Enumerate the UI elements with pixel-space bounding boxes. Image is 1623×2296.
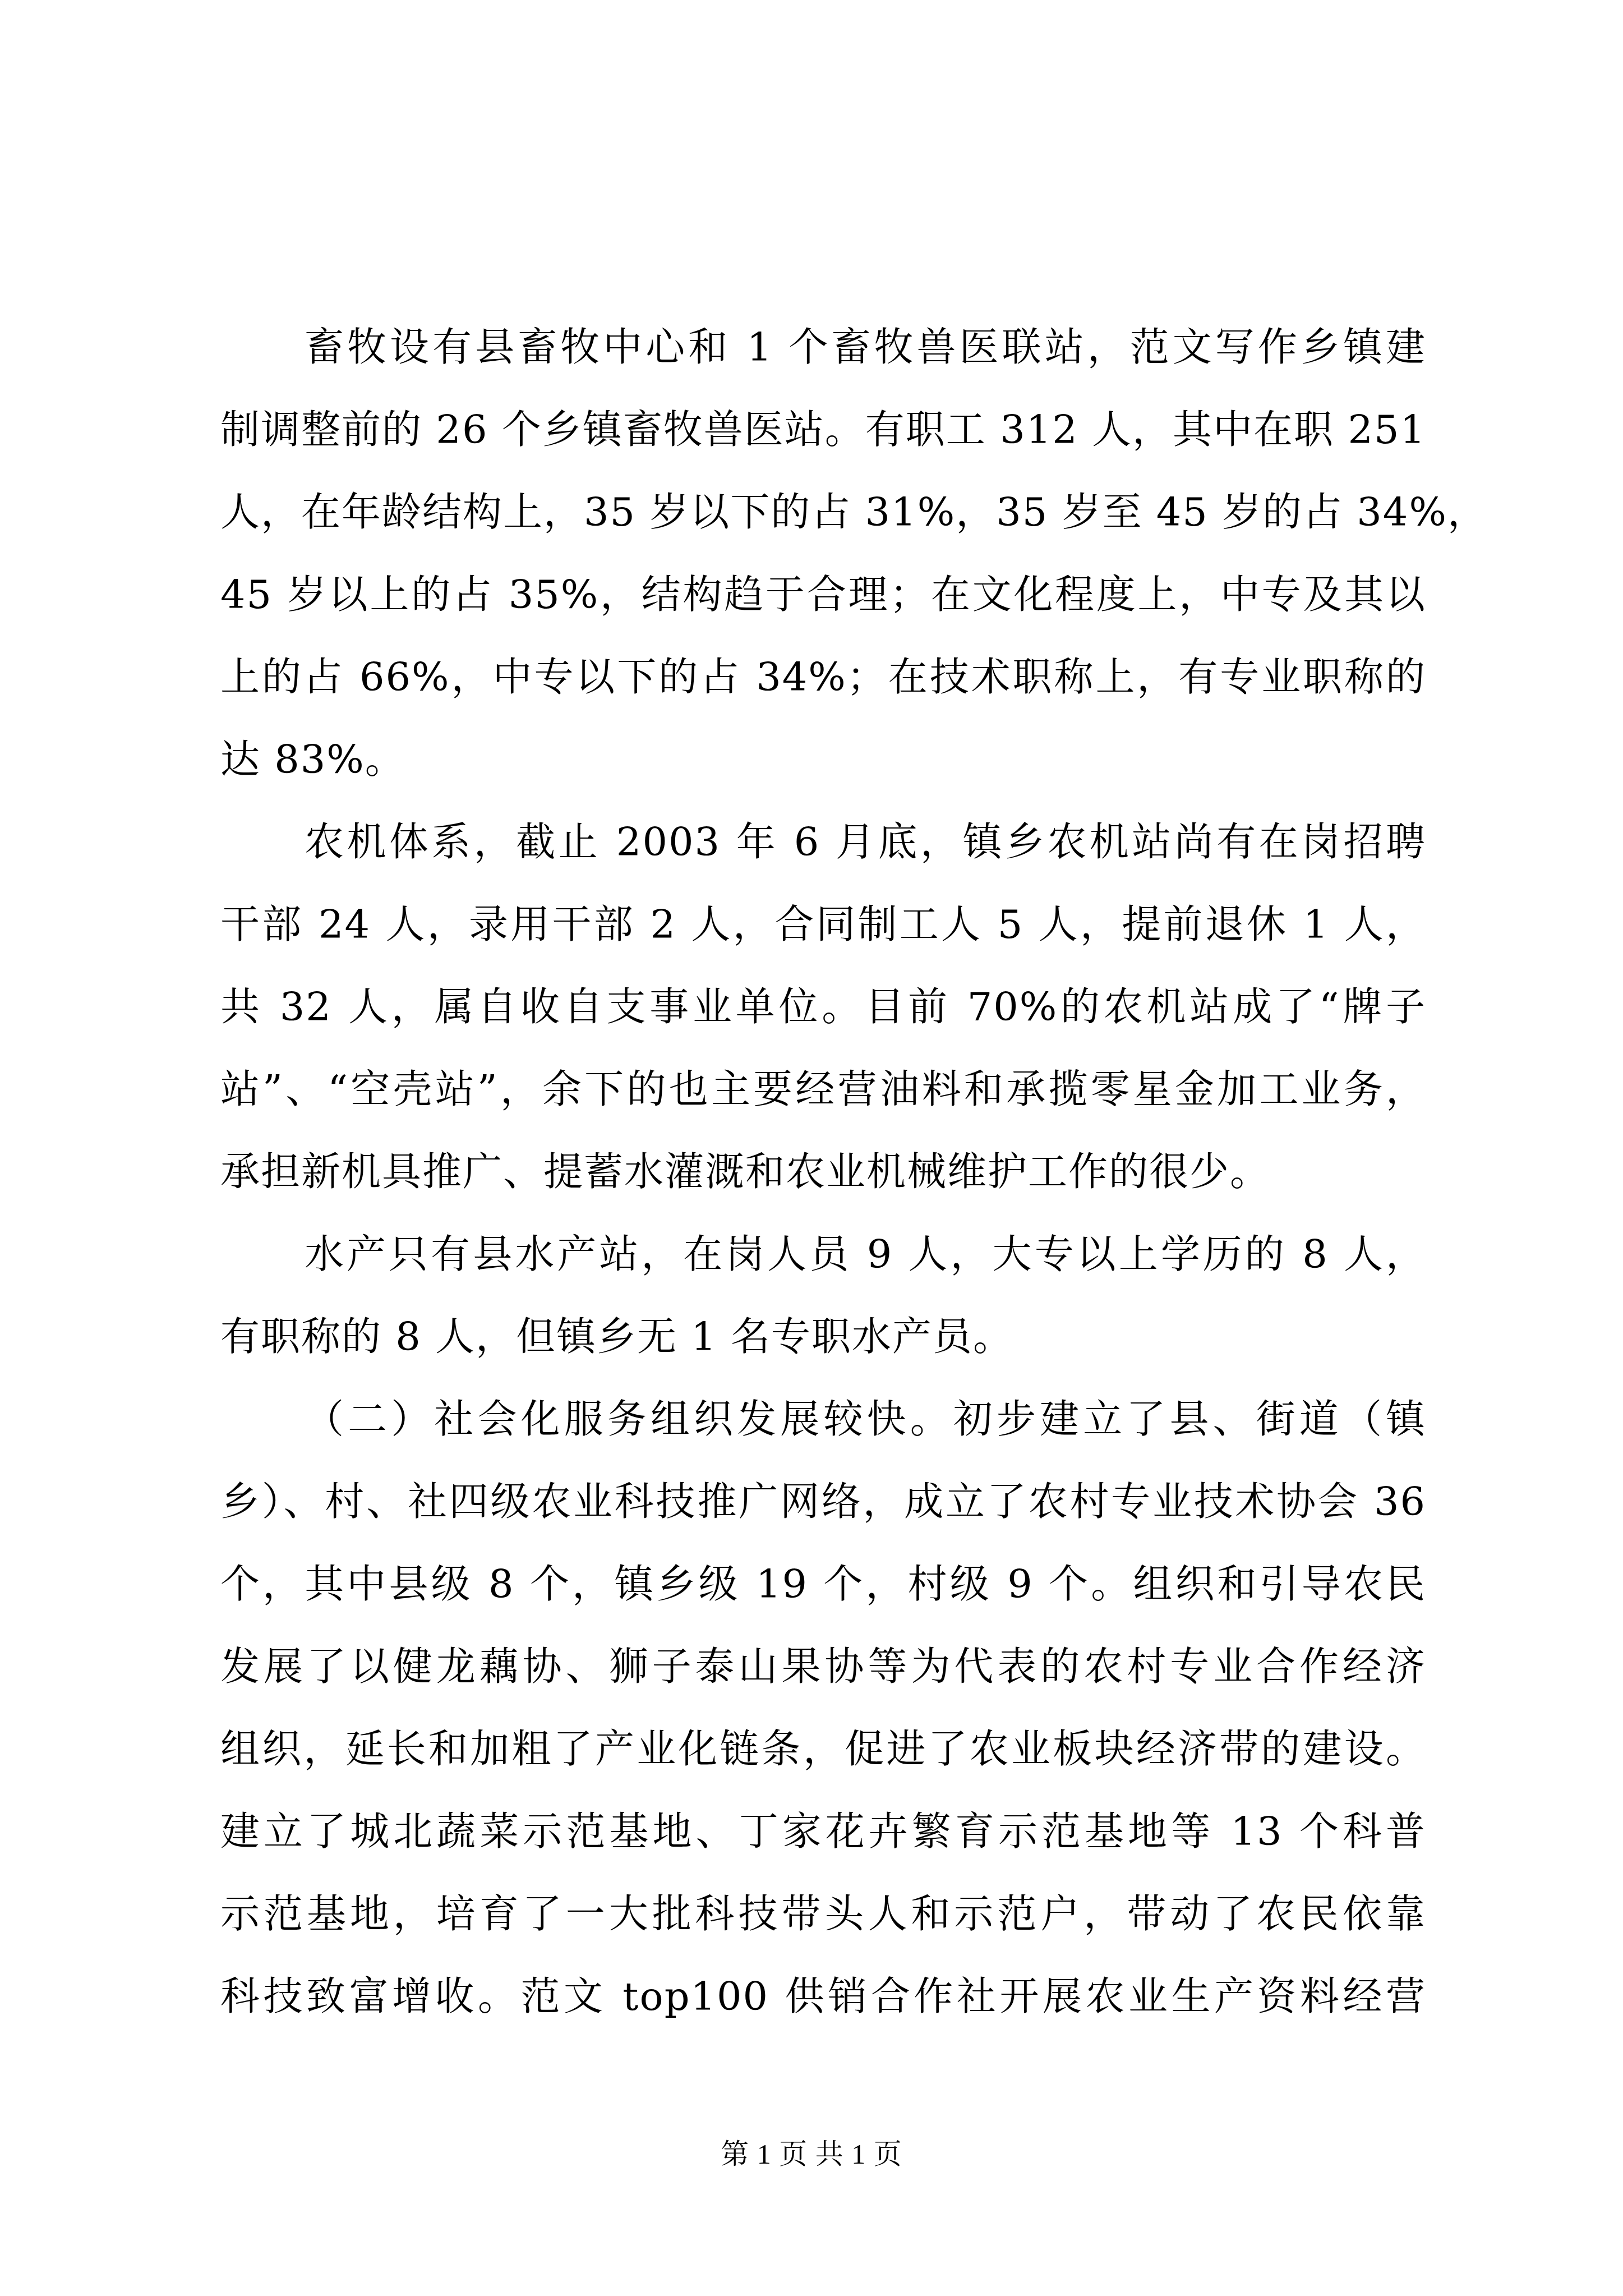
text-line: 水产只有县水产站，在岗人员 9 人，大专以上学历的 8 人，	[220, 1213, 1426, 1296]
text-line: 畜牧设有县畜牧中心和 1 个畜牧兽医联站，范文写作乡镇建	[220, 306, 1426, 389]
text-line: 达 83%。	[220, 719, 1426, 801]
text-line: 45 岁以上的占 35%，结构趋于合理；在文化程度上，中专及其以	[220, 554, 1426, 636]
document-body: 畜牧设有县畜牧中心和 1 个畜牧兽医联站，范文写作乡镇建 制调整前的 26 个乡…	[220, 306, 1426, 2038]
text-line: 干部 24 人，录用干部 2 人，合同制工人 5 人，提前退休 1 人，	[220, 884, 1426, 966]
text-line: 组织，延长和加粗了产业化链条，促进了农业板块经济带的建设。	[220, 1708, 1426, 1791]
text-line: 示范基地，培育了一大批科技带头人和示范户，带动了农民依靠	[220, 1873, 1426, 1955]
text-line: 个，其中县级 8 个，镇乡级 19 个，村级 9 个。组织和引导农民	[220, 1543, 1426, 1626]
document-page: 畜牧设有县畜牧中心和 1 个畜牧兽医联站，范文写作乡镇建 制调整前的 26 个乡…	[0, 0, 1623, 2296]
text-line: 站”、“空壳站”，余下的也主要经营油料和承揽零星金加工业务，	[220, 1048, 1426, 1131]
text-line: 科技致富增收。范文 top100 供销合作社开展农业生产资料经营	[220, 1955, 1426, 2038]
text-line: 发展了以健龙藕协、狮子泰山果协等为代表的农村专业合作经济	[220, 1626, 1426, 1708]
text-line: 有职称的 8 人，但镇乡无 1 名专职水产员。	[220, 1296, 1426, 1378]
text-line: 人，在年龄结构上，35 岁以下的占 31%，35 岁至 45 岁的占 34%，	[220, 471, 1426, 554]
text-line: 承担新机具推广、提蓄水灌溉和农业机械维护工作的很少。	[220, 1131, 1426, 1213]
text-line: 制调整前的 26 个乡镇畜牧兽医站。有职工 312 人，其中在职 251	[220, 389, 1426, 471]
text-line: 乡）、村、社四级农业科技推广网络，成立了农村专业技术协会 36	[220, 1461, 1426, 1543]
text-line: 农机体系，截止 2003 年 6 月底，镇乡农机站尚有在岗招聘	[220, 801, 1426, 884]
text-line: 共 32 人，属自收自支事业单位。目前 70%的农机站成了“牌子	[220, 966, 1426, 1048]
page-number-footer: 第 1 页 共 1 页	[0, 2132, 1623, 2172]
text-line: 上的占 66%，中专以下的占 34%；在技术职称上，有专业职称的	[220, 636, 1426, 719]
text-line: （二）社会化服务组织发展较快。初步建立了县、街道（镇	[220, 1378, 1426, 1461]
text-line: 建立了城北蔬菜示范基地、丁家花卉繁育示范基地等 13 个科普	[220, 1791, 1426, 1873]
